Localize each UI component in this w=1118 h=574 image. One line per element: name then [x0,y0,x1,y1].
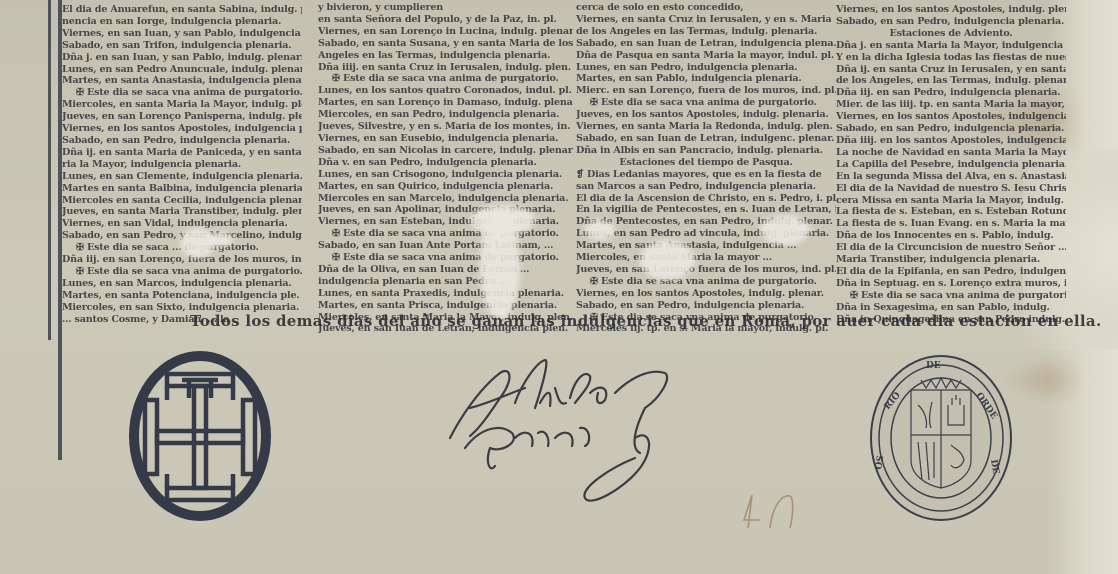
text-line: El dia de la Ascension de Christo, en s.… [576,193,836,205]
text-line: san Marcos a san Pedro, indulgencia plen… [576,181,836,193]
text-line: Y en la dicha Iglesia todas las fiestas … [836,52,1066,64]
text-line: Dña de la Oliva, en san Iuan de Letran .… [318,264,573,276]
text-line: Martes en santa Balbina, indulgencia ple… [62,183,302,195]
text-line: Lunes, en san Marcos, indulgencia plenar… [62,278,302,290]
text-line: indulgencia plenaria en san Pedro ... [318,276,573,288]
text-line: Lunes, en san Crisogono, indulgencia ple… [318,169,573,181]
text-line: El dia de la Circuncision de nuestro Señ… [836,242,1066,254]
text-line: Dña j. en santa Maria la Mayor, indulgen… [836,40,1066,52]
text-line: Dña ij. en santa Maria de Paniceda, y en… [62,147,302,159]
text-line: Martes, en santa Prisca, indulgencia ple… [318,300,573,312]
text-line: ria la Mayor, indulgencia plenaria. [62,159,302,171]
text-line: Dña ij. en santa Cruz in Ierusalen, y en… [836,64,1066,76]
text-line: Lunes, en san Pedro, indulgencia plenari… [576,62,836,74]
text-line: La fiesta de s. Esteban, en s. Esteban R… [836,206,1066,218]
text-line: Jueves, en santa Maria Transtiber, indul… [62,206,302,218]
text-line: La noche de Navidad en santa Maria la Ma… [836,147,1066,159]
text-line: ✠ Este dia se saca vna anima de purgator… [836,290,1066,302]
text-line: Dña iiij. en los santos Apostoles, indul… [836,135,1066,147]
text-line: ✠ Este dia se saca vna anima de purgator… [576,276,836,288]
text-line: Sabado, en san Nicolas in carcere, indul… [318,145,573,157]
text-line: ❡ Dias Ledanias mayores, que es en la fi… [576,169,836,181]
text-line: Jueves, en san Lorenço fuera de los muro… [576,264,836,276]
text-line: La Capilla del Pesebre, indulgencia plen… [836,159,1066,171]
text-line: Sabado, en san Pedro, indulgencia plenar… [836,16,1066,28]
text-column-2: y bivieron, y cumplierenen santa Señora … [318,2,573,335]
text-line: Dña in Septuag. en s. Lorenço extra muro… [836,278,1066,290]
svg-text:DE: DE [926,361,941,371]
damage-blot [760,215,810,245]
text-line: Mierc. en san Lorenço, fuera de los muro… [576,85,836,97]
text-line: Sabado, en san Iuan de Letran, indulgenc… [576,38,836,50]
text-line: Mier. de las iiij. tp. en santa Maria la… [836,99,1066,111]
text-line: Viernes, en los santos Apostoles, indulg… [576,288,836,300]
text-line: Viernes, en san Vidal, indulgencia plena… [62,218,302,230]
damage-blot [585,220,615,240]
text-line: Sabado, en san Iuan de Letran, indulgenc… [576,133,836,145]
text-line: Maria Transtiber, indulgencia plenaria. [836,254,1066,266]
text-line: Dña in Albis en san Pancracio, indulg. p… [576,145,836,157]
text-line: Miercoles en san Marcelo, indulgencia pl… [318,193,573,205]
text-line: Dña v. en san Pedro, indulgencia plenari… [318,157,573,169]
text-line: Sabado, en santa Susana, y en santa Mari… [318,38,573,50]
text-line: Lunes, en los santos quatro Coronados, i… [318,85,573,97]
text-line: ✠ Este dia se saca vna anima de purgator… [576,97,836,109]
text-line: Viernes, en santa Maria la Redonda, indu… [576,121,836,133]
text-line: en santa Señora del Populo, y de la Paz,… [318,14,573,26]
text-line: El dia de la Epifania, en san Pedro, ind… [836,266,1066,278]
text-line: El dia de la Navidad de nuestro S. Iesu … [836,183,1066,195]
text-line: Miercoles en santa Cecilia, indulgencia … [62,195,302,207]
left-border-rule-inner [48,0,51,340]
text-line: Dña j. en san Iuan, y san Pablo, indulg.… [62,52,302,64]
text-line: Viernes, en san Iuan, y san Pablo, indul… [62,28,302,40]
text-line: Angeles en las Termas, indulgencia plena… [318,50,573,62]
text-line: Miercoles, en san Pedro, indulgencia ple… [318,109,573,121]
text-line: Martes, en santa Anastasia, indulgencia … [62,75,302,87]
text-line: Lunes, en santa Praxedis, indulgencia pl… [318,288,573,300]
text-line: ✠ Este dia se saca vna anima de purgator… [318,73,573,85]
handwritten-note [740,490,800,530]
text-line: Sabado, en san Pedro, indulgencia plenar… [836,123,1066,135]
damage-blot [208,232,233,247]
text-line: Lunes, en san Clemente, indulgencia plen… [62,171,302,183]
royal-seal-icon: RIO DE ORDE DE OS [866,350,1016,525]
text-line: Dña iiij. en santa Cruz in Ierusalen, in… [318,62,573,74]
text-line: Viernes, en los santos Apostoles, indulg… [836,111,1066,123]
text-line: Miercoles, en santa Maria la Mayor, indu… [62,99,302,111]
text-line: y bivieron, y cumplieren [318,2,573,14]
text-line: Dña de los Innocentes en s. Pablo, indul… [836,230,1066,242]
text-line: ✠ Este dia se saca vna anima de purgator… [62,87,302,99]
text-line: Martes, en san Quirico, indulgencia plen… [318,181,573,193]
text-line: Estaciones del tiempo de Pasqua. [576,157,836,169]
text-line: Sabado, en san Iuan Ante Portam Latinam,… [318,240,573,252]
text-line: Viernes, en san Lorenço in Lucina, indul… [318,26,573,38]
text-line: Jueves, en los santos Apostoles, indulg.… [576,109,836,121]
text-line: cerca de solo en esto concedido, [576,2,836,14]
text-line: Sabado, en san Pedro, indulgencia plenar… [62,135,302,147]
text-line: Dña iij. en san Lorenço, fuera de los mu… [62,254,302,266]
footer-statement: Todos los demas dias del año se ganan la… [190,312,1050,330]
text-line: cera Missa en santa Maria la Mayor, indu… [836,195,1066,207]
text-column-3: cerca de solo en esto concedido,Viernes,… [576,2,836,335]
damage-blot [470,205,535,235]
text-line: Jueves, en san Lorenço Panisperna, indul… [62,111,302,123]
text-line: La fiesta de s. Iuan Evang. en s. Maria … [836,218,1066,230]
text-line: de los Angeles, en las Termas, indulg. p… [836,75,1066,87]
cross-stamp-icon [127,350,273,522]
text-line: Lunes, en san Pedro Anuncuale, indulg. p… [62,64,302,76]
text-line: nencia en san Iorge, indulgencia plenari… [62,16,302,28]
text-line: ✠ Este dia se saca vna anima de purgator… [318,252,573,264]
text-line: Viernes, en los santos Apostoles, indulg… [836,4,1066,16]
text-line: Jueves, en san Apolinar, indulgencia ple… [318,204,573,216]
text-line: Sabado, en san Trifon, indulgencia plena… [62,40,302,52]
text-line: ✠ Este dia se saca vna anima de purgator… [318,228,573,240]
text-line: Dña de Pasqua en santa Maria la mayor, i… [576,50,836,62]
text-column-1: El dia de Anuarefun, en santa Sabina, in… [62,4,302,325]
text-line: Estaciones de Adviento. [836,28,1066,40]
text-line: Viernes, en los santos Apostoles, indulg… [62,123,302,135]
text-line: de los Angeles en las Termas, indulg. pl… [576,26,836,38]
handwritten-signature [440,348,680,518]
text-line: El dia de Anuarefun, en santa Sabina, in… [62,4,302,16]
text-line: Martes, en san Pablo, indulgencia plenar… [576,73,836,85]
text-line: Viernes, en santa Cruz in Ierusalen, y e… [576,14,836,26]
damage-blot [640,240,695,280]
text-line: Jueves, Silvestre, y en s. Maria de los … [318,121,573,133]
text-line: Dña iij. en san Pedro, indulgencia plena… [836,87,1066,99]
text-line: ✠ Este dia se saca vna anima de purgator… [62,266,302,278]
text-line: En la vigilia de Pentecostes, en s. Iuan… [576,204,836,216]
text-line: Miercoles, en santa Maria la mayor ... [576,252,836,264]
text-line: Martes, en san Lorenço in Damaso, indulg… [318,97,573,109]
text-line: Martes, en santa Potenciana, indulgencia… [62,290,302,302]
text-line: Viernes, en san Eusebio, indulgencia ple… [318,133,573,145]
text-column-4: Viernes, en los santos Apostoles, indulg… [836,4,1066,325]
text-line: Sabado, en san Pedro, indulgencia plenar… [576,300,836,312]
text-line: En la segunda Missa del Alva, en s. Anas… [836,171,1066,183]
